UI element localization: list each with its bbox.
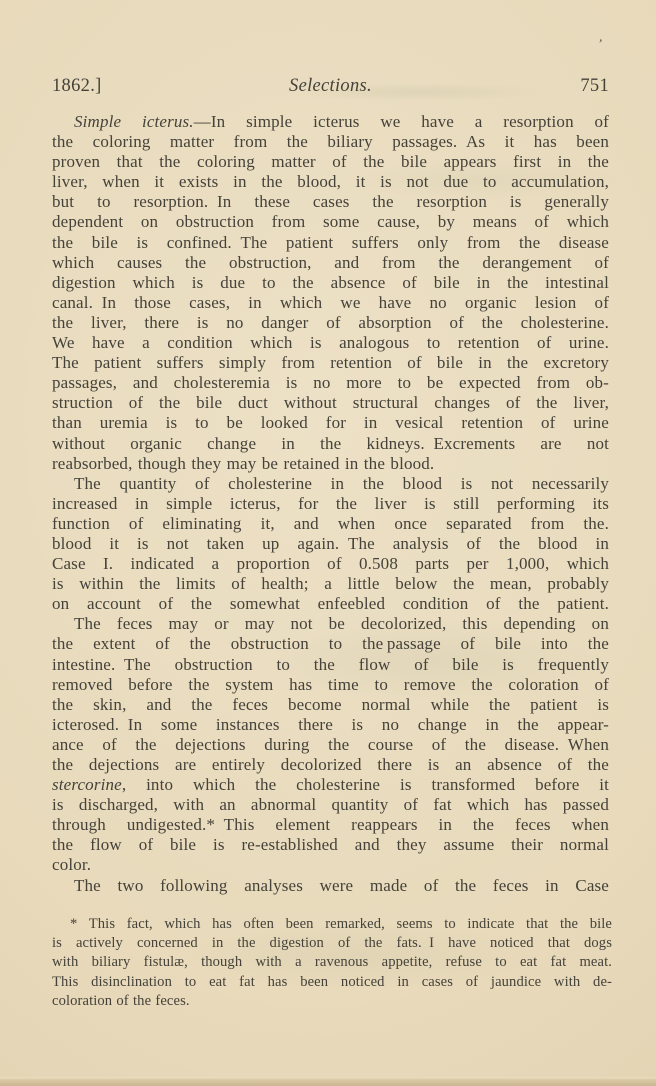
text-line: through undigested.* This element reappe… <box>52 815 609 835</box>
text-line: the flow of bile is re-established and t… <box>52 835 609 855</box>
text-segment: is within the limits of health; a little… <box>52 574 609 593</box>
text-line: reabsorbed, though they may be retained … <box>52 454 609 474</box>
text-segment: canal. In those cases, in which we have … <box>52 293 609 312</box>
text-segment: liver, when it exists in the blood, it i… <box>52 172 609 191</box>
text-segment: The quantity of cholesterine in the bloo… <box>74 474 609 493</box>
text-line: * This fact, which has often been remark… <box>52 915 612 934</box>
text-segment: through undigested.* This element reappe… <box>52 815 609 834</box>
text-line: We have a condition which is analogous t… <box>52 333 609 353</box>
header-page-number: 751 <box>423 76 609 97</box>
book-page: ’ 1862.] Selections. 751 Simple icterus.… <box>0 0 656 1086</box>
paragraph: * This fact, which has often been remark… <box>52 915 612 1011</box>
text-line: The two following analyses were made of … <box>52 876 609 896</box>
text-segment: proven that the coloring matter of the b… <box>52 152 609 171</box>
text-line: the skin, and the feces become normal wh… <box>52 695 609 715</box>
running-header: 1862.] Selections. 751 <box>52 76 609 97</box>
text-line: removed before the system has time to re… <box>52 675 609 695</box>
text-segment: —In simple icterus we have a resorption … <box>194 112 609 131</box>
text-line: blood it is not taken up again. The anal… <box>52 534 609 554</box>
text-segment: the flow of bile is re-established and t… <box>52 835 609 854</box>
text-line: stercorine, into which the cholesterine … <box>52 775 609 795</box>
text-segment: without organic change in the kidneys. E… <box>52 434 609 453</box>
text-segment: We have a condition which is analogous t… <box>52 333 609 352</box>
text-line: icterosed. In some instances there is no… <box>52 715 609 735</box>
text-segment: passages, and cholesteremia is no more t… <box>52 373 609 392</box>
text-segment: the liver, there is no danger of absorpt… <box>52 313 609 332</box>
text-line: the coloring matter from the biliary pas… <box>52 132 609 152</box>
page-bottom-edge <box>0 1077 656 1086</box>
text-segment: color. <box>52 855 91 874</box>
text-line: the liver, there is no danger of absorpt… <box>52 313 609 333</box>
text-segment: is actively concerned in the digestion o… <box>52 935 612 951</box>
footnote: * This fact, which has often been remark… <box>52 915 612 1011</box>
text-line: passages, and cholesteremia is no more t… <box>52 373 609 393</box>
header-title: Selections. <box>238 76 424 97</box>
text-line: but to resorption. In these cases the re… <box>52 192 609 212</box>
text-segment: coloration of the feces. <box>52 993 190 1009</box>
text-segment: The patient suffers simply from retentio… <box>52 353 609 372</box>
text-segment: but to resorption. In these cases the re… <box>52 192 609 211</box>
italic-text-segment: stercorine <box>52 775 122 794</box>
text-line: the bile is confined. The patient suffer… <box>52 233 609 253</box>
text-segment: the skin, and the feces become normal wh… <box>52 695 609 714</box>
text-segment: dependent on obstruction from some cause… <box>52 212 609 231</box>
text-segment: struction of the bile duct without struc… <box>52 393 609 412</box>
text-segment: the dejections are entirely decolorized … <box>52 755 609 774</box>
paragraph: The quantity of cholesterine in the bloo… <box>52 474 609 615</box>
text-segment: The two following analyses were made of … <box>74 876 609 895</box>
text-segment: the extent of the obstruction to the pas… <box>52 634 609 653</box>
body-text: Simple icterus.—In simple icterus we hav… <box>52 112 609 896</box>
text-line: on account of the somewhat enfeebled con… <box>52 594 609 614</box>
text-line: the extent of the obstruction to the pas… <box>52 634 609 654</box>
text-line: the dejections are entirely decolorized … <box>52 755 609 775</box>
text-segment: removed before the system has time to re… <box>52 675 609 694</box>
text-segment: is discharged, with an abnormal quantity… <box>52 795 609 814</box>
text-segment: The feces may or may not be decolorized,… <box>74 614 609 633</box>
text-line: intestine. The obstruction to the flow o… <box>52 655 609 675</box>
text-line: than uremia is to be looked for in vesic… <box>52 413 609 433</box>
stray-ink-mark: ’ <box>597 36 604 52</box>
text-segment: This disinclination to eat fat has been … <box>52 974 612 990</box>
text-line: ance of the dejections during the course… <box>52 735 609 755</box>
text-line: proven that the coloring matter of the b… <box>52 152 609 172</box>
text-line: canal. In those cases, in which we have … <box>52 293 609 313</box>
text-line: which causes the obstruction, and from t… <box>52 253 609 273</box>
text-segment: digestion which is due to the absence of… <box>52 273 609 292</box>
text-segment: reabsorbed, though they may be retained … <box>52 454 434 473</box>
text-segment: * This fact, which has often been remark… <box>70 916 612 932</box>
paragraph: The feces may or may not be decolorized,… <box>52 614 609 875</box>
text-line: Simple icterus.—In simple icterus we hav… <box>52 112 609 132</box>
text-segment: on account of the somewhat enfeebled con… <box>52 594 609 613</box>
text-line: with biliary fistulæ, though with a rave… <box>52 953 612 972</box>
text-segment: increased in simple icterus, for the liv… <box>52 494 609 513</box>
text-line: This disinclination to eat fat has been … <box>52 973 612 992</box>
text-line: function of eliminating it, and when onc… <box>52 514 609 534</box>
text-line: is discharged, with an abnormal quantity… <box>52 795 609 815</box>
text-line: is actively concerned in the digestion o… <box>52 934 612 953</box>
text-line: The quantity of cholesterine in the bloo… <box>52 474 609 494</box>
text-segment: ance of the dejections during the course… <box>52 735 609 754</box>
paragraph: The two following analyses were made of … <box>52 876 609 896</box>
text-segment: which causes the obstruction, and from t… <box>52 253 609 272</box>
paragraph: Simple icterus.—In simple icterus we hav… <box>52 112 609 474</box>
text-segment: than uremia is to be looked for in vesic… <box>52 413 609 432</box>
text-segment: icterosed. In some instances there is no… <box>52 715 609 734</box>
text-line: The patient suffers simply from retentio… <box>52 353 609 373</box>
text-line: increased in simple icterus, for the liv… <box>52 494 609 514</box>
text-line: The feces may or may not be decolorized,… <box>52 614 609 634</box>
text-segment: the bile is confined. The patient suffer… <box>52 233 609 252</box>
text-line: color. <box>52 855 609 875</box>
header-year: 1862.] <box>52 76 238 97</box>
text-segment: the coloring matter from the biliary pas… <box>52 132 609 151</box>
text-line: without organic change in the kidneys. E… <box>52 434 609 454</box>
text-line: dependent on obstruction from some cause… <box>52 212 609 232</box>
text-segment: Case I. indicated a proportion of 0.508 … <box>52 554 609 573</box>
text-segment: with biliary fistulæ, though with a rave… <box>52 954 612 970</box>
text-segment: intestine. The obstruction to the flow o… <box>52 655 609 674</box>
text-line: is within the limits of health; a little… <box>52 574 609 594</box>
italic-text-segment: Simple icterus. <box>74 112 194 131</box>
text-line: liver, when it exists in the blood, it i… <box>52 172 609 192</box>
text-line: coloration of the feces. <box>52 992 612 1011</box>
text-segment: , into which the cholesterine is transfo… <box>122 775 609 794</box>
text-line: struction of the bile duct without struc… <box>52 393 609 413</box>
text-line: digestion which is due to the absence of… <box>52 273 609 293</box>
text-line: Case I. indicated a proportion of 0.508 … <box>52 554 609 574</box>
text-segment: function of eliminating it, and when onc… <box>52 514 609 533</box>
text-segment: blood it is not taken up again. The anal… <box>52 534 609 553</box>
